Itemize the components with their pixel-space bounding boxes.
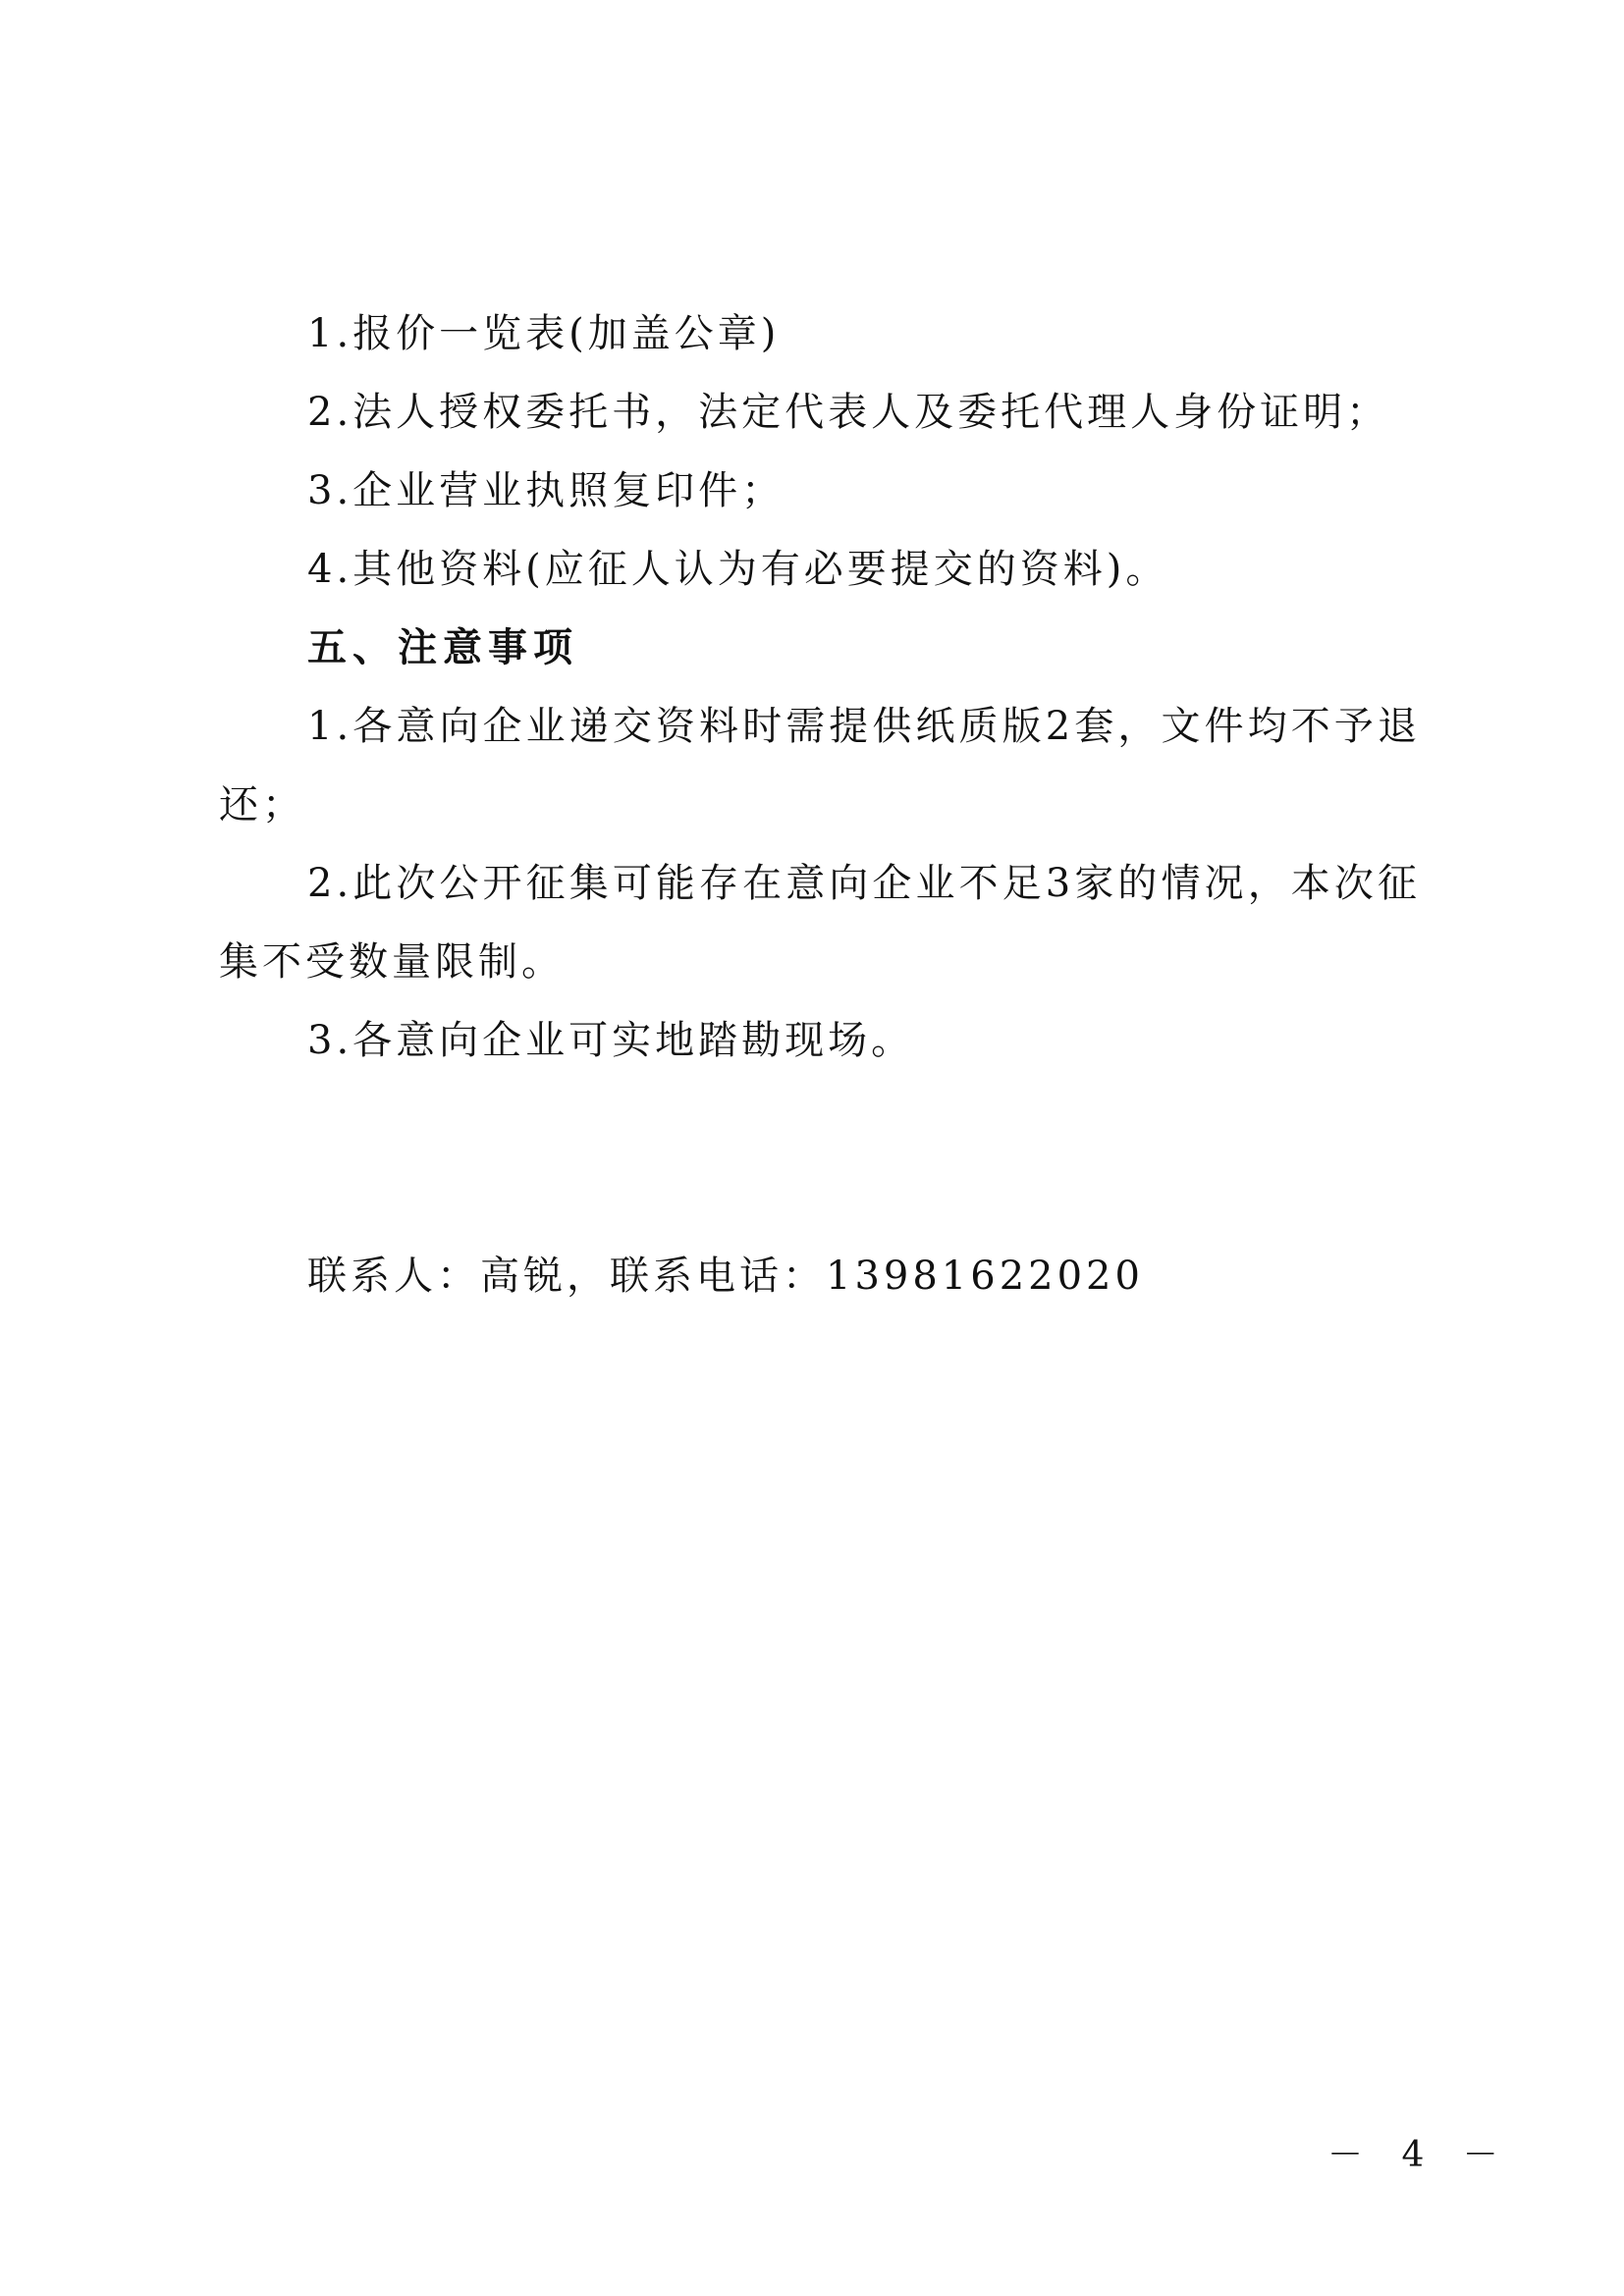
contact-info: 联系人：高锐，联系电话：13981622020 <box>307 1253 1144 1300</box>
page-number: － 4 － <box>1327 2134 1512 2177</box>
note-item-3: 3.各意向企业可实地踏勘现场。 <box>307 1017 914 1064</box>
note-item-2-line-1: 2.此次公开征集可能存在意向企业不足3家的情况，本次征 <box>307 860 1421 907</box>
attachment-item-1: 1.报价一览表(加盖公章) <box>307 310 780 357</box>
section-heading-notes: 五、注意事项 <box>307 624 578 671</box>
note-item-1-line-2: 还； <box>219 781 305 828</box>
note-item-2-line-2: 集不受数量限制。 <box>219 938 565 986</box>
document-page: 1.报价一览表(加盖公章) 2.法人授权委托书，法定代表人及委托代理人身份证明；… <box>0 0 1624 2296</box>
attachment-item-3: 3.企业营业执照复印件； <box>307 467 785 514</box>
note-item-1-line-1: 1.各意向企业递交资料时需提供纸质版2套，文件均不予退 <box>307 703 1421 750</box>
attachment-item-4: 4.其他资料(应征人认为有必要提交的资料)。 <box>307 546 1168 593</box>
attachment-item-2: 2.法人授权委托书，法定代表人及委托代理人身份证明； <box>307 389 1389 436</box>
